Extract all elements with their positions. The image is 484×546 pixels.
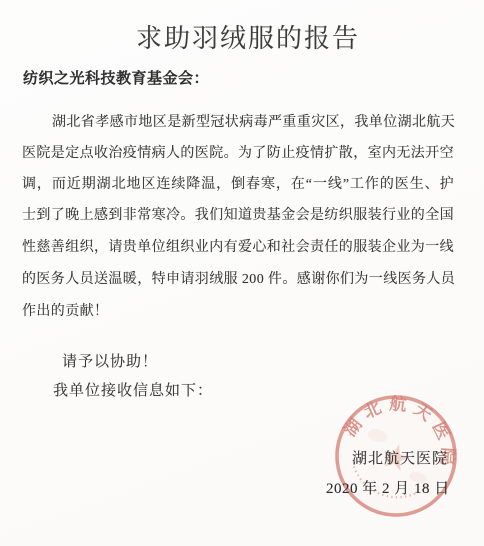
document-date: 2020 年 2 月 18 日 — [326, 482, 450, 497]
body-line: 医院是定点收治疫情病人的医院。为了防止疫情扩散，室内无法开空 — [22, 145, 454, 163]
scanned-letter-page: 求助羽绒服的报告 纺织之光科技教育基金会： 湖北省孝感市地区是新型冠状病毒严重重… — [0, 0, 484, 546]
body-line: 湖北省孝感市地区是新型冠状病毒严重重灾区，我单位湖北航天 — [22, 114, 454, 132]
body-line: 的医务人员送温暖，特申请羽绒服 200 件。感谢你们为一线医务人员 — [22, 271, 454, 289]
body-line: 性慈善组织，请贵单位组织业内有爱心和社会责任的服装企业为一线 — [22, 239, 454, 257]
document-title: 求助羽绒服的报告 — [6, 26, 484, 52]
signing-organization: 湖北航天医院 — [352, 452, 448, 467]
recipient-salutation: 纺织之光科技教育基金会： — [23, 72, 209, 87]
body-line: 作出的贡献！ — [22, 303, 454, 321]
closing-line-receiving-info: 我单位接收信息如下： — [53, 384, 213, 399]
body-line: 调，而近期湖北地区连续降温，倒春寒，在“一线”工作的医生、护 — [22, 176, 454, 194]
body-line: 士到了晚上感到非常寒冷。我们知道贵基金会是纺织服装行业的全国 — [22, 207, 454, 225]
closing-line-request-assist: 请予以协助！ — [62, 355, 158, 370]
